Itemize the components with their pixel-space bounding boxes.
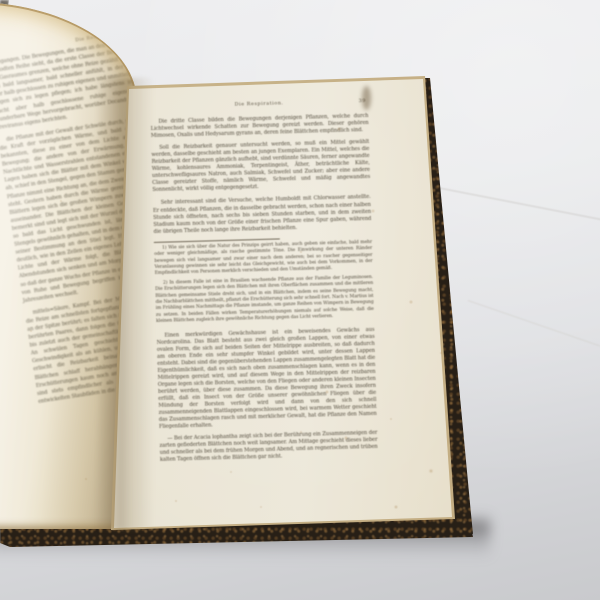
photo-of-open-book: Die Respiration. gegangen. Die Bewegunge…	[0, 0, 600, 600]
left-page-paragraph: die Pflanze mit der Gewalt der Schwüle d…	[0, 114, 137, 305]
body-paragraph-1: Die dritte Classe bilden die Bewegungen …	[150, 113, 369, 140]
body-paragraph-2: Soll die Reizbarkeit genauer untersucht …	[151, 139, 370, 194]
footnote-2: 2) In diesem Falle ist eine in Brasilien…	[155, 275, 374, 326]
body-paragraph-4: Einen merkwürdigen Gewächshause ist ein …	[156, 326, 377, 431]
left-page-text: gegangen. Die Bewegungen, die man an den…	[0, 37, 137, 411]
right-page-header-row: Die Respiration. 39	[150, 98, 368, 113]
page-stain	[362, 86, 371, 110]
body-paragraph-5: — Bei der Acacia lophantha zeigt sich be…	[159, 430, 378, 464]
right-page-text: Die Respiration. 39 Die dritte Classe bi…	[150, 98, 378, 464]
body-paragraph-3: Sehr interessant sind die Versuche, welc…	[153, 194, 372, 235]
footnote-1: 1) Wie sie sich über die Natur des Prinz…	[154, 240, 373, 278]
right-page-running-header: Die Respiration.	[150, 98, 368, 110]
